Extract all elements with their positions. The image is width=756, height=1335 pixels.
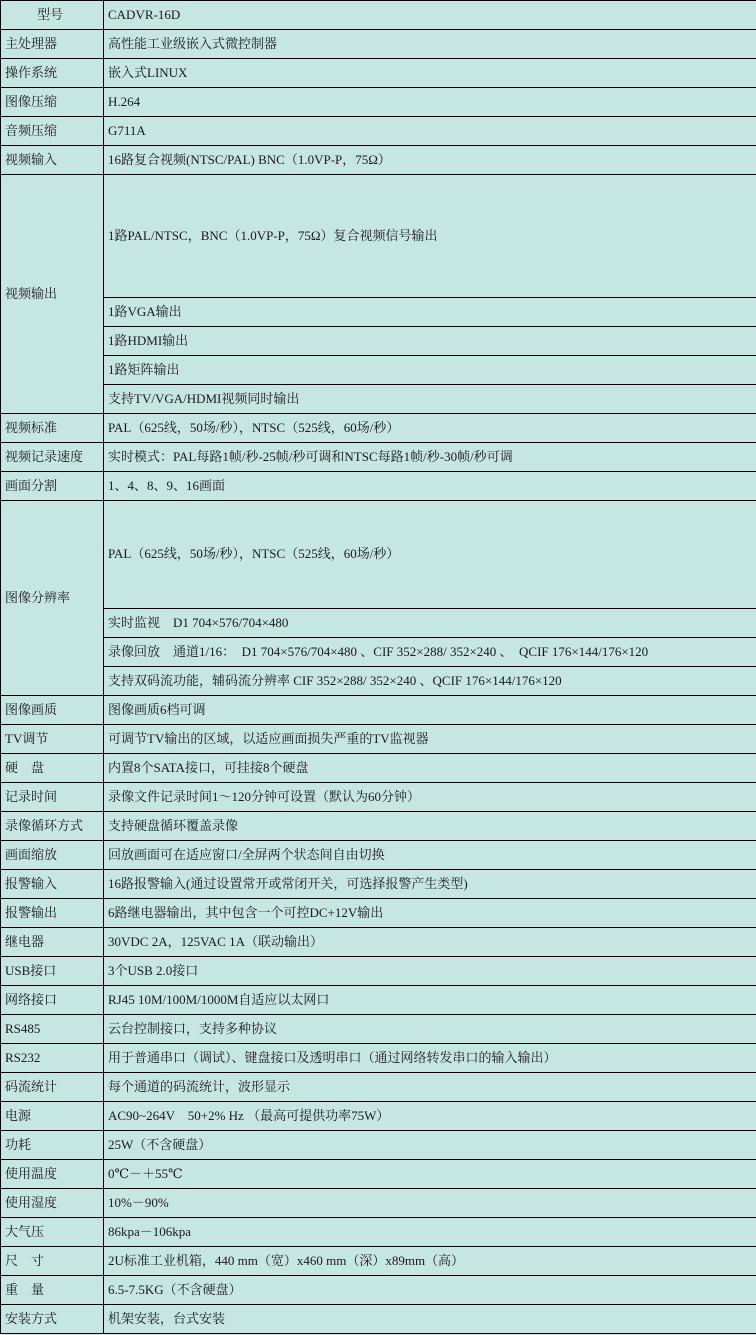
spec-label: 型号 (1, 1, 104, 30)
table-row: 型号CADVR-16D (1, 1, 756, 30)
table-row: RS232用于普通串口（调试）、键盘接口及透明串口（通过网络转发串口的输入输出） (1, 1044, 756, 1073)
spec-value: 16路报警输入(通过设置常开或常闭开关，可选择报警产生类型) (104, 870, 756, 899)
spec-value: 1路PAL/NTSC，BNC（1.0VP-P，75Ω）复合视频信号输出 (104, 175, 756, 298)
spec-value: 25W（不含硬盘） (104, 1131, 756, 1160)
spec-value: 用于普通串口（调试）、键盘接口及透明串口（通过网络转发串口的输入输出） (104, 1044, 756, 1073)
table-row: 画面分割1、4、8、9、16画面 (1, 472, 756, 501)
table-row: 记录时间录像文件记录时间1～120分钟可设置（默认为60分钟） (1, 783, 756, 812)
spec-label: 视频输入 (1, 146, 104, 175)
spec-value: 支持TV/VGA/HDMI视频同时输出 (104, 385, 756, 414)
spec-label: 报警输出 (1, 899, 104, 928)
spec-value: 支持硬盘循环覆盖录像 (104, 812, 756, 841)
spec-label: 画面缩放 (1, 841, 104, 870)
spec-value: 录像文件记录时间1～120分钟可设置（默认为60分钟） (104, 783, 756, 812)
spec-label: 安装方式 (1, 1305, 104, 1334)
spec-value: 图像画质6档可调 (104, 696, 756, 725)
table-row: 图像分辨率PAL（625线，50场/秒），NTSC（525线，60场/秒） (1, 501, 756, 609)
spec-label: 图像画质 (1, 696, 104, 725)
spec-label: 画面分割 (1, 472, 104, 501)
spec-label: 视频标准 (1, 414, 104, 443)
spec-label: RS232 (1, 1044, 104, 1073)
spec-label: 功耗 (1, 1131, 104, 1160)
spec-label: TV调节 (1, 725, 104, 754)
spec-value: AC90~264V 50+2% Hz （最高可提供功率75W） (104, 1102, 756, 1131)
table-row: 操作系统嵌入式LINUX (1, 59, 756, 88)
spec-value: PAL（625线，50场/秒），NTSC（525线，60场/秒） (104, 501, 756, 609)
table-row: 重 量6.5-7.5KG（不含硬盘） (1, 1276, 756, 1305)
table-row: 码流统计每个通道的码流统计，波形显示 (1, 1073, 756, 1102)
spec-label: 记录时间 (1, 783, 104, 812)
spec-label: 重 量 (1, 1276, 104, 1305)
spec-value: PAL（625线，50场/秒），NTSC（525线，60场/秒） (104, 414, 756, 443)
table-row: 大气压86kpa－106kpa (1, 1218, 756, 1247)
table-row: 网络接口RJ45 10M/100M/1000M自适应以太网口 (1, 986, 756, 1015)
table-row: 报警输出6路继电器输出，其中包含一个可控DC+12V输出 (1, 899, 756, 928)
table-row: 报警输入16路报警输入(通过设置常开或常闭开关，可选择报警产生类型) (1, 870, 756, 899)
table-row: 图像压缩H.264 (1, 88, 756, 117)
spec-value: CADVR-16D (104, 1, 756, 30)
spec-value: 1路矩阵输出 (104, 356, 756, 385)
spec-label: 操作系统 (1, 59, 104, 88)
spec-value: 86kpa－106kpa (104, 1218, 756, 1247)
spec-value: 每个通道的码流统计，波形显示 (104, 1073, 756, 1102)
spec-label: 图像压缩 (1, 88, 104, 117)
table-row: 录像回放 通道1/16： D1 704×576/704×480 、CIF 352… (1, 638, 756, 667)
spec-value: 回放画面可在适应窗口/全屏两个状态间自由切换 (104, 841, 756, 870)
table-row: 视频记录速度实时模式：PAL每路1帧/秒-25帧/秒可调和NTSC每路1帧/秒-… (1, 443, 756, 472)
table-row: 视频输入16路复合视频(NTSC/PAL) BNC（1.0VP-P，75Ω） (1, 146, 756, 175)
spec-value: RJ45 10M/100M/1000M自适应以太网口 (104, 986, 756, 1015)
spec-label: 硬 盘 (1, 754, 104, 783)
table-row: 音频压缩G711A (1, 117, 756, 146)
spec-value: 0℃－＋55℃ (104, 1160, 756, 1189)
table-row: RS485云台控制接口，支持多种协议 (1, 1015, 756, 1044)
spec-value: 30VDC 2A，125VAC 1A（联动输出） (104, 928, 756, 957)
spec-value: 10%－90% (104, 1189, 756, 1218)
table-row: 硬 盘内置8个SATA接口，可挂接8个硬盘 (1, 754, 756, 783)
spec-label: 录像循环方式 (1, 812, 104, 841)
table-row: TV调节可调节TV输出的区域，以适应画面损失严重的TV监视器 (1, 725, 756, 754)
spec-value: 嵌入式LINUX (104, 59, 756, 88)
spec-value: 实时模式：PAL每路1帧/秒-25帧/秒可调和NTSC每路1帧/秒-30帧/秒可… (104, 443, 756, 472)
table-row: 视频标准PAL（625线，50场/秒），NTSC（525线，60场/秒） (1, 414, 756, 443)
spec-label: 大气压 (1, 1218, 104, 1247)
table-row: 实时监视 D1 704×576/704×480 (1, 609, 756, 638)
table-row: 1路矩阵输出 (1, 356, 756, 385)
spec-label: 网络接口 (1, 986, 104, 1015)
spec-label: 使用湿度 (1, 1189, 104, 1218)
spec-label: 尺 寸 (1, 1247, 104, 1276)
spec-label: 视频记录速度 (1, 443, 104, 472)
spec-label: 音频压缩 (1, 117, 104, 146)
table-row: 1路HDMI输出 (1, 327, 756, 356)
table-row: 主处理器高性能工业级嵌入式微控制器 (1, 30, 756, 59)
table-row: 1路VGA输出 (1, 298, 756, 327)
spec-value: 内置8个SATA接口，可挂接8个硬盘 (104, 754, 756, 783)
spec-label: 电源 (1, 1102, 104, 1131)
table-row: 尺 寸2U标准工业机箱，440 mm（宽）x460 mm（深）x89mm（高） (1, 1247, 756, 1276)
spec-value: 2U标准工业机箱，440 mm（宽）x460 mm（深）x89mm（高） (104, 1247, 756, 1276)
spec-label: 继电器 (1, 928, 104, 957)
spec-value: 1路VGA输出 (104, 298, 756, 327)
spec-value: 支持双码流功能，辅码流分辨率 CIF 352×288/ 352×240 、QCI… (104, 667, 756, 696)
spec-table: 型号CADVR-16D 主处理器高性能工业级嵌入式微控制器 操作系统嵌入式LIN… (0, 0, 756, 1334)
table-row: 画面缩放回放画面可在适应窗口/全屏两个状态间自由切换 (1, 841, 756, 870)
spec-value: 1、4、8、9、16画面 (104, 472, 756, 501)
spec-value: 3个USB 2.0接口 (104, 957, 756, 986)
table-row: 录像循环方式支持硬盘循环覆盖录像 (1, 812, 756, 841)
table-row: 图像画质图像画质6档可调 (1, 696, 756, 725)
spec-value: 高性能工业级嵌入式微控制器 (104, 30, 756, 59)
spec-label: USB接口 (1, 957, 104, 986)
spec-label: 图像分辨率 (1, 501, 104, 696)
spec-value: 1路HDMI输出 (104, 327, 756, 356)
table-row: 继电器30VDC 2A，125VAC 1A（联动输出） (1, 928, 756, 957)
spec-value: 录像回放 通道1/16： D1 704×576/704×480 、CIF 352… (104, 638, 756, 667)
spec-value: 16路复合视频(NTSC/PAL) BNC（1.0VP-P，75Ω） (104, 146, 756, 175)
spec-value: 可调节TV输出的区域，以适应画面损失严重的TV监视器 (104, 725, 756, 754)
table-row: 使用湿度10%－90% (1, 1189, 756, 1218)
spec-value: H.264 (104, 88, 756, 117)
spec-value: G711A (104, 117, 756, 146)
table-row: 安装方式机架安装，台式安装 (1, 1305, 756, 1334)
spec-label: 使用温度 (1, 1160, 104, 1189)
table-row: USB接口3个USB 2.0接口 (1, 957, 756, 986)
spec-value: 云台控制接口，支持多种协议 (104, 1015, 756, 1044)
table-row: 电源AC90~264V 50+2% Hz （最高可提供功率75W） (1, 1102, 756, 1131)
table-row: 功耗25W（不含硬盘） (1, 1131, 756, 1160)
spec-label: RS485 (1, 1015, 104, 1044)
spec-value: 实时监视 D1 704×576/704×480 (104, 609, 756, 638)
table-row: 使用温度0℃－＋55℃ (1, 1160, 756, 1189)
table-row: 支持双码流功能，辅码流分辨率 CIF 352×288/ 352×240 、QCI… (1, 667, 756, 696)
spec-value: 机架安装，台式安装 (104, 1305, 756, 1334)
spec-value: 6路继电器输出，其中包含一个可控DC+12V输出 (104, 899, 756, 928)
table-row: 视频输出1路PAL/NTSC，BNC（1.0VP-P，75Ω）复合视频信号输出 (1, 175, 756, 298)
spec-value: 6.5-7.5KG（不含硬盘） (104, 1276, 756, 1305)
spec-label: 视频输出 (1, 175, 104, 414)
spec-label: 码流统计 (1, 1073, 104, 1102)
spec-label: 报警输入 (1, 870, 104, 899)
table-row: 支持TV/VGA/HDMI视频同时输出 (1, 385, 756, 414)
spec-label: 主处理器 (1, 30, 104, 59)
